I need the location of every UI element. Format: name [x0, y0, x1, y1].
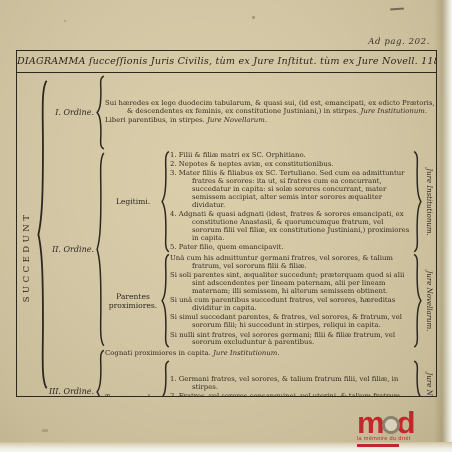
subgroup-row: Parentes proximiores.Unâ cum his admittu… [105, 253, 435, 348]
right-label-text: Jure Novellar. [425, 373, 433, 397]
ordine-label: I. Ordine. [48, 108, 96, 117]
ordine-group-body: Legitimi.1. Filii & filiæ matri ex SC. O… [105, 150, 435, 349]
paper-speck [390, 8, 404, 11]
diagram-entry: Sui hæredes ex lege duodecim tabularum, … [105, 100, 435, 116]
watermark-la-memoire-du-droit: m d la mémoire du droit [357, 410, 451, 447]
watermark-tagline: la mémoire du droit [357, 436, 451, 442]
paper-speck [252, 16, 255, 19]
watermark-letter-m: m [357, 410, 385, 435]
main-opening-brace [37, 73, 48, 396]
ordine-opening-brace [96, 75, 105, 150]
right-label-text: Jure Novellarum. [425, 271, 433, 332]
right-label-text: Jure Institutionum. [425, 168, 433, 235]
watermark-letters: m d [357, 410, 451, 435]
list-item: Si nulli sint fratres, vel sorores germa… [170, 332, 413, 348]
ordine-group: III. Ordine.Cognati proximiores in capit… [48, 349, 435, 397]
ordine-group-body: Cognati proximiores in capita. Jure Inst… [105, 349, 435, 397]
list-item: 2. Fratres, vel sorores consanguinei, ve… [170, 393, 413, 397]
subgroup-row: Legitimi.1. Filii & filiæ matri ex SC. O… [105, 150, 435, 253]
list-item: 1. Filii & filiæ matri ex SC. Orphitiano… [170, 152, 413, 160]
paper-speck [64, 20, 66, 22]
right-rotated-label: Jure Novellarum. [422, 253, 435, 348]
list-item: Unâ cum his admittuntur germani fratres,… [170, 255, 413, 271]
diagram-frame: DIAGRAMMA ſucceſſionis Juris Civilis, tù… [16, 50, 437, 397]
list-item: Si soli parentes sint, æqualiter succedu… [170, 272, 413, 296]
brace-glyph [37, 76, 48, 393]
entry-text: Liberi parentibus, in stirpes. [105, 116, 207, 124]
succedunt-vertical-label: SUCCEDUNT [22, 212, 32, 303]
diagram-entry: Cognati proximiores in capita. Jure Inst… [105, 350, 435, 358]
ordine-opening-brace [96, 349, 105, 397]
diagram-title: DIAGRAMMA ſucceſſionis Juris Civilis, tù… [17, 51, 436, 73]
subgroup-opening-brace [161, 253, 170, 348]
ordine-opening-brace [96, 150, 105, 349]
subgroup-closing-brace [413, 150, 422, 253]
subgroup-label: Transversales. [105, 393, 161, 397]
ordine-group-body: Sui hæredes ex lege duodecim tabularum, … [105, 98, 435, 126]
list-item: 1. Germani fratres, vel sorores, & taliu… [170, 376, 413, 392]
items-list: 1. Filii & filiæ matri ex SC. Orphitiano… [170, 150, 413, 253]
subgroup-label: Parentes proximiores. [105, 292, 161, 310]
watermark-emblem-icon [382, 416, 400, 434]
list-item: 4. Adgnati & quasi adgnati (idest, fratr… [170, 211, 413, 242]
jure-source-tag: Jure Institutionum. [361, 107, 427, 115]
items-list: 1. Germani fratres, vel sorores, & taliu… [170, 374, 413, 397]
diagram-entry: Liberi parentibus, in stirpes. Jure Nove… [105, 117, 435, 125]
list-item: Si unâ cum parentibus succedunt fratres,… [170, 297, 413, 313]
list-item: 5. Pater filio, quem emancipavit. [170, 244, 413, 252]
subgroup-closing-brace [413, 253, 422, 348]
ordine-group: I. Ordine.Sui hæredes ex lege duodecim t… [48, 75, 435, 150]
right-rotated-label: Jure Institutionum. [422, 150, 435, 253]
subgroup-opening-brace [161, 360, 170, 397]
list-item: Si simul succedant parentes, & fratres, … [170, 314, 413, 330]
right-rotated-label: Jure Novellar. [422, 360, 435, 397]
watermark-bar [357, 444, 399, 447]
jure-source-tag: Jure Institutionum. [213, 349, 279, 357]
ordine-label: III. Ordine. [48, 387, 96, 396]
ordine-label: II. Ordine. [48, 245, 96, 254]
paper-speck [42, 429, 48, 432]
ordine-group: II. Ordine.Legitimi.1. Filii & filiæ mat… [48, 150, 435, 349]
list-item: 2. Nepotes & neptes aviæ, ex constitutio… [170, 161, 413, 169]
groups-container: I. Ordine.Sui hæredes ex lege duodecim t… [48, 73, 436, 396]
subgroup-closing-brace [413, 360, 422, 397]
jure-source-tag: Jure Novellarum. [207, 116, 267, 124]
subgroup-label: Legitimi. [105, 197, 161, 206]
subgroup-opening-brace [161, 150, 170, 253]
page-reference-note: Ad pag. 202. [368, 37, 430, 47]
list-item: 3. Mater filiis & filiabus ex SC. Tertul… [170, 170, 413, 209]
entry-text: Cognati proximiores in capita. [105, 349, 213, 357]
items-list: Unâ cum his admittuntur germani fratres,… [170, 253, 413, 348]
book-page-scan: Ad pag. 202. DIAGRAMMA ſucceſſionis Juri… [0, 0, 452, 452]
subgroup-row: Transversales.1. Germani fratres, vel so… [105, 360, 435, 397]
diagram-content: SUCCEDUNT I. Ordine.Sui hæredes ex lege … [17, 73, 436, 396]
side-strip: SUCCEDUNT [17, 73, 37, 396]
